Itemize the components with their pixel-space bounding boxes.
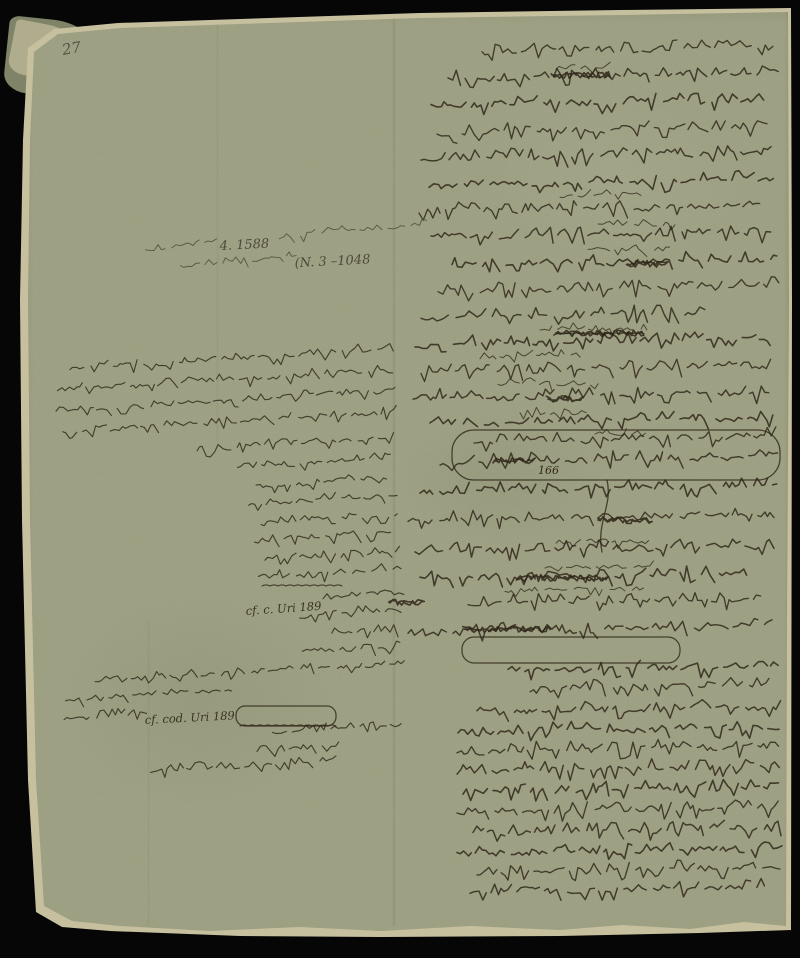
scanned-book-photo: 27 4. 1588 (N. 3 –1048 cf. c. Uri 189 cf… (0, 0, 800, 958)
folio-number: 27 (60, 38, 83, 59)
paper-grain-texture (24, 10, 792, 938)
manuscript-handwriting-layer: 27 4. 1588 (N. 3 –1048 cf. c. Uri 189 cf… (0, 0, 800, 958)
acquisition-date-note: 4. 1588 (218, 237, 269, 255)
inline-leaf-number: 166 (538, 464, 559, 477)
